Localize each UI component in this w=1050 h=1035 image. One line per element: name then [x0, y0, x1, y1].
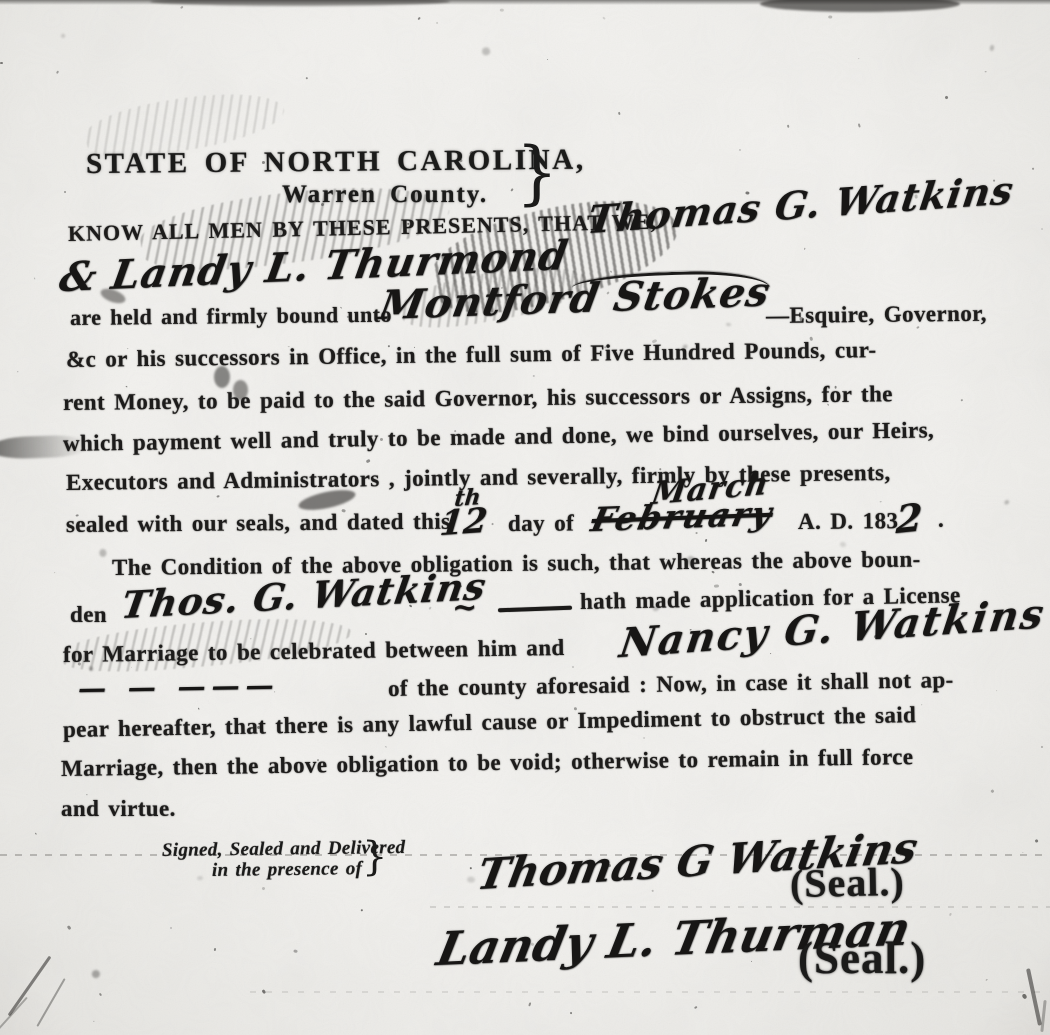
pen-dashes-handwritten: — — ———: [78, 668, 280, 705]
ink-speck: [960, 399, 962, 401]
attestation-brace: }: [362, 834, 387, 880]
ink-speck: [996, 690, 998, 691]
ink-speck: [738, 149, 740, 151]
ink-speck: [944, 96, 948, 100]
document-county-heading: Warren County.: [282, 181, 488, 209]
ink-speck: [787, 125, 790, 128]
ink-speck: [180, 5, 183, 8]
ink-speck: [366, 459, 370, 463]
ink-speck: [91, 969, 101, 979]
ink-speck: [511, 188, 514, 191]
ink-speck: [1022, 852, 1023, 853]
ink-speck: [533, 375, 535, 377]
sealed-dated-line: sealed with our seals, and dated this: [66, 509, 451, 538]
ink-speck: [528, 1002, 531, 1006]
condition-line-6: and virtue.: [61, 796, 176, 822]
ink-speck: [1041, 746, 1044, 749]
ink-speck: [293, 949, 298, 953]
ink-speck: [467, 877, 475, 884]
ink-speck: [828, 16, 832, 19]
ink-speck: [0, 62, 3, 64]
ink-speck: [385, 746, 387, 748]
ink-speck: [704, 539, 707, 543]
ink-speck: [361, 910, 363, 912]
day-handwritten: 12th: [438, 501, 489, 545]
ink-speck: [610, 271, 612, 273]
ink-speck: [991, 789, 995, 793]
ink-speck: [217, 495, 220, 498]
ink-speck: [725, 323, 730, 327]
seal-label-1: (Seal.): [790, 858, 906, 907]
ink-speck: [572, 665, 574, 667]
ink-speck: [618, 112, 621, 115]
ink-speck: [1022, 994, 1028, 1000]
ink-speck: [99, 549, 107, 557]
ink-speck: [53, 572, 55, 574]
ink-speck: [61, 33, 67, 39]
ink-speck: [197, 876, 203, 880]
attestation-line-2: in the presence of: [212, 858, 362, 882]
ink-speck: [93, 1021, 95, 1022]
year-digit-handwritten: 2: [895, 494, 923, 542]
ink-speck: [1034, 838, 1038, 842]
ink-speck: [547, 59, 548, 60]
ink-speck: [16, 370, 18, 372]
anno-domini-label: A. D. 183: [798, 508, 899, 535]
heading-brace: }: [516, 132, 558, 213]
ink-speck: [879, 501, 881, 503]
ink-speck: [305, 77, 308, 80]
ink-speck: [417, 17, 421, 21]
den-word: den: [70, 602, 107, 628]
ink-speck: [131, 667, 132, 668]
ink-speck: [643, 737, 646, 740]
pen-squiggle: ~: [452, 590, 477, 625]
ink-speck: [67, 926, 71, 930]
ink-speck: [469, 866, 471, 869]
ink-speck: [492, 523, 494, 525]
ink-speck: [98, 993, 102, 997]
ink-speck: [198, 708, 200, 710]
day-ordinal: th: [453, 484, 482, 512]
ink-speck: [126, 386, 128, 388]
ink-speck: [949, 913, 952, 916]
ink-speck: [858, 58, 860, 60]
ink-speck: [695, 1006, 698, 1009]
ink-speck: [804, 248, 806, 250]
marriage-bond-document: STATE OF NORTH CAROLINA, } Warren County…: [0, 0, 1050, 1035]
ink-speck: [481, 47, 491, 56]
document-state-heading: STATE OF NORTH CAROLINA,: [86, 144, 586, 181]
ink-speck: [1032, 168, 1035, 171]
ink-speck: [35, 833, 37, 835]
ink-speck: [989, 44, 995, 50]
ink-speck: [984, 71, 986, 72]
ink-speck: [500, 9, 505, 12]
ink-speck: [56, 71, 59, 75]
ink-speck: [1003, 499, 1010, 506]
ink-speck: [986, 978, 988, 980]
day-of-label: day of: [508, 510, 574, 537]
ink-speck: [921, 704, 923, 706]
ink-speck: [436, 21, 439, 24]
period-mark: .: [938, 507, 944, 533]
esquire-governor-line: —Esquire, Governor,: [766, 301, 987, 329]
bound-unto-line: are held and firmly bound unto: [70, 302, 392, 331]
ink-speck: [1041, 228, 1044, 231]
ink-speck: [602, 16, 605, 19]
ink-speck: [34, 278, 36, 280]
ink-speck: [569, 1012, 572, 1015]
ink-speck: [169, 927, 171, 929]
seal-label-2: (Seal.): [798, 932, 926, 984]
ink-speck: [262, 886, 266, 890]
ink-speck: [261, 989, 265, 994]
ink-speck: [652, 889, 654, 891]
ink-speck: [858, 124, 861, 128]
ink-speck: [365, 633, 367, 635]
ink-speck: [214, 948, 217, 951]
ink-speck: [64, 191, 66, 193]
